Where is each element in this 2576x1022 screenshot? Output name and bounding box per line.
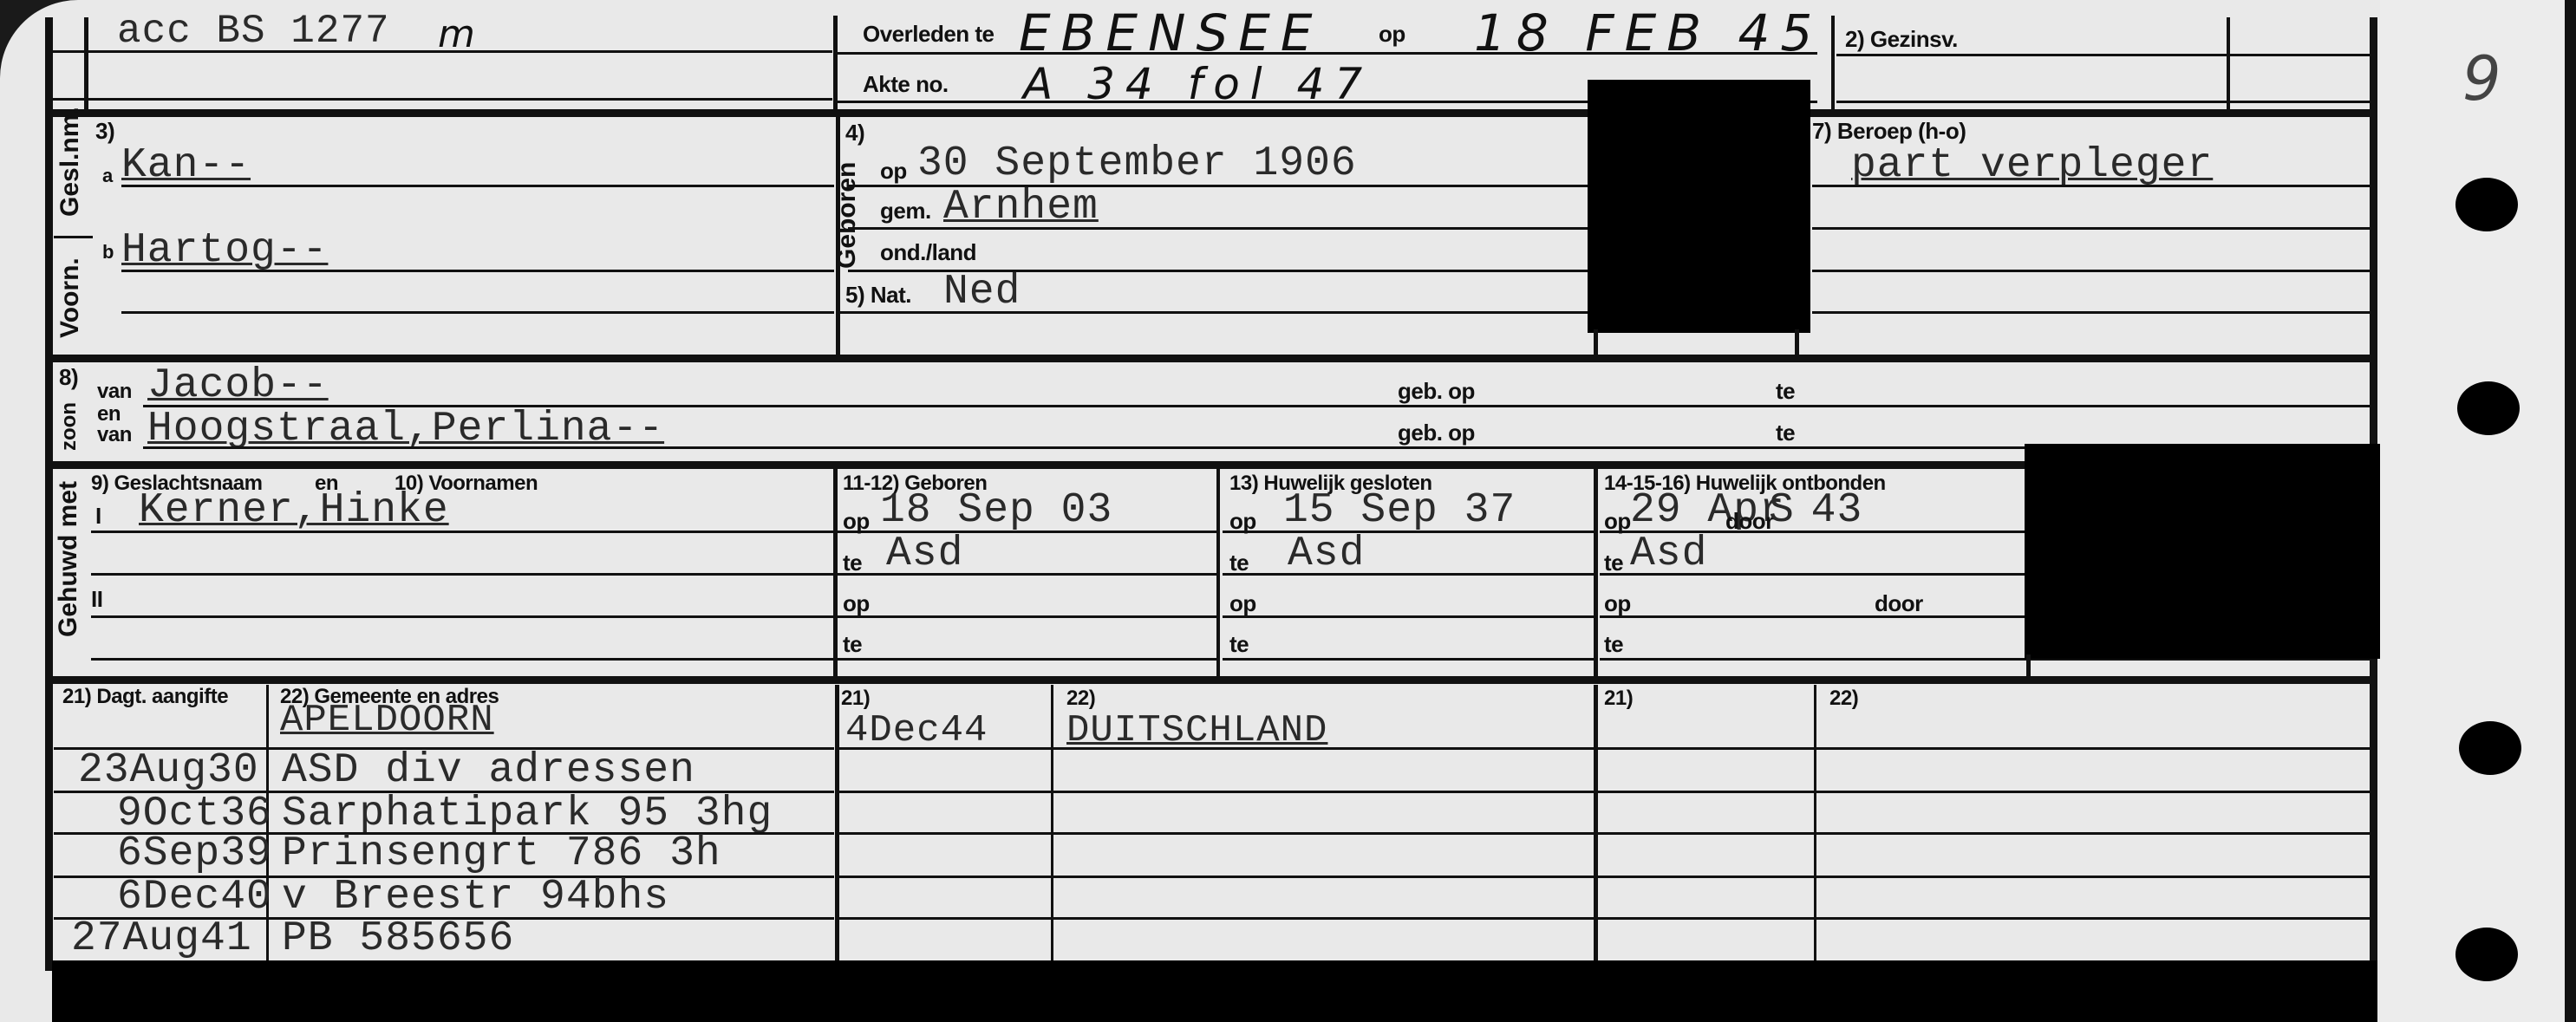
punch-hole-1 [2455, 178, 2518, 231]
occupation-rule-4 [1812, 311, 2370, 314]
father-place-label: te [1776, 378, 1795, 405]
family-rule-2 [1836, 101, 2370, 103]
birth-date-label: op [880, 158, 907, 185]
address-header-3: 22) [1829, 687, 1858, 711]
father-name: Jacob-- [147, 362, 329, 409]
redaction-photo [1588, 80, 1810, 333]
spouse-1-rule-2 [91, 573, 835, 576]
spouse-1-name: Kerner,Hinke [139, 487, 449, 534]
card-number: 9 [2462, 43, 2512, 114]
header-rule-1 [52, 50, 832, 53]
punch-hole-3 [2459, 721, 2521, 775]
married-op-label-2: op [1229, 590, 1256, 617]
section-rule-4 [52, 676, 2376, 684]
dissolved-rule-2 [1600, 573, 2025, 576]
spouse-1-born-date: 18 Sep 03 [880, 487, 1112, 534]
address-date-header: 21) Dagt. aangifte [62, 685, 228, 709]
death-place-label: Overleden te [863, 21, 995, 48]
address-row-4-address: v Breestr 94bhs [282, 874, 669, 921]
reference-number: acc BS 1277 [117, 9, 390, 54]
spouse-1-born-place: Asd [886, 531, 963, 577]
address-date-header-3: 21) [1604, 687, 1633, 711]
parents-section-number: 8) [59, 364, 78, 391]
mother-label: van [97, 423, 132, 447]
address-col2-place: DUITSCHLAND [1066, 709, 1327, 752]
married-rule-1 [1223, 531, 1594, 533]
address-row-5-date: 27Aug41 [71, 915, 252, 962]
birth-side-label: Geboren [832, 162, 862, 269]
dissolved-place: Asd [1630, 531, 1707, 577]
birth-section-number: 4) [845, 120, 864, 146]
dissolved-te-label-2: te [1604, 631, 1623, 658]
address-municipality: APELDOORN [280, 699, 494, 742]
birth-municipality-rule [848, 227, 1589, 230]
occupation-rule-2 [1812, 227, 2370, 230]
occupation-label: 7) Beroep (h-o) [1812, 118, 1966, 145]
header-divider [833, 16, 838, 113]
given-marker: b [102, 241, 114, 264]
spouse-1-marker: I [95, 503, 101, 530]
address-col2-rule-3 [838, 876, 2372, 878]
given-rule-2 [121, 311, 834, 314]
married-rule-2 [1223, 573, 1594, 576]
spouse-2-marker: II [91, 586, 102, 613]
address-col-4-divider [1594, 685, 1598, 962]
header-rule-2 [52, 98, 832, 101]
dissolved-op-label-2: op [1604, 590, 1631, 617]
address-row-3-address: Prinsengrt 786 3h [282, 830, 721, 877]
address-col2-rule-2 [838, 832, 2372, 835]
dissolved-by: S [1769, 487, 1795, 534]
birth-country-label: ond./land [880, 239, 976, 266]
nationality-rule [838, 311, 1592, 314]
occupation-rule-1 [1812, 185, 2370, 187]
address-col2-rule-0 [838, 747, 2372, 750]
address-col2-rule-4 [838, 917, 2372, 920]
death-date-label: op [1379, 21, 1405, 48]
occupation-rule-3 [1812, 270, 2370, 272]
birth-date: 30 September 1906 [917, 140, 1357, 187]
mother-place-label: te [1776, 420, 1795, 446]
family-divider-2 [2227, 17, 2230, 111]
spouse-2-rule [91, 615, 835, 618]
margin-strip [2380, 0, 2576, 1022]
address-col2-rule-1 [838, 791, 2372, 793]
side-label-split [54, 236, 93, 238]
surname: Kan-- [121, 142, 251, 189]
section-rule-1 [52, 109, 2376, 117]
family-rule-1 [1836, 54, 2370, 56]
address-row-3-date: 6Sep39 [117, 830, 272, 877]
spouse-2-rule-2 [91, 658, 835, 661]
family-label: 2) Gezinsv. [1845, 26, 1958, 53]
address-col-2-divider [835, 685, 839, 962]
given-names: Hartog-- [121, 227, 328, 274]
dissolved-door-label-2: door [1875, 590, 1923, 617]
address-col-3-divider [1051, 685, 1053, 962]
right-edge-shadow [2565, 0, 2576, 1022]
spouse-1-rule [91, 531, 835, 533]
birth-municipality: Arnhem [943, 184, 1099, 231]
father-rule [143, 405, 2370, 407]
registration-card: acc BS 1277 m Overleden te EBENSEE op 18… [0, 0, 2576, 1022]
birth-municipality-label: gem. [880, 198, 931, 225]
father-birth-label: geb. op [1398, 378, 1475, 405]
married-place: Asd [1288, 531, 1365, 577]
dissolved-rule-3 [1600, 615, 2025, 618]
nationality: Ned [943, 269, 1021, 316]
married-col-divider [1216, 468, 1220, 680]
given-side-label: Voorn. [55, 257, 85, 338]
surname-marker: a [102, 165, 113, 187]
born-rule-3 [838, 615, 1219, 618]
surname-side-label: Gesl.nm. [55, 107, 85, 217]
deed-label: Akte no. [863, 71, 949, 98]
person-section-number: 3) [95, 118, 114, 145]
card-left-border [45, 17, 53, 971]
address-row-5-address: PB 585656 [282, 915, 514, 962]
born-rule-2 [838, 573, 1219, 576]
mother-name: Hoogstraal,Perlina-- [147, 406, 664, 452]
dissolved-col-divider [1594, 468, 1598, 680]
address-col-5-divider [1814, 685, 1816, 962]
parents-side-label: zoon [57, 402, 82, 451]
nationality-label: 5) Nat. [845, 282, 911, 309]
surname-rule [121, 185, 834, 187]
death-rule [838, 52, 1817, 55]
punch-hole-2 [2457, 381, 2520, 435]
father-label: van [97, 380, 132, 404]
married-rule-3 [1223, 615, 1594, 618]
family-divider [1831, 16, 1835, 113]
redaction-marriage [2025, 444, 2384, 659]
redaction-bottom [52, 960, 2377, 1022]
married-te-label-2: te [1229, 631, 1249, 658]
address-header-2: 22) [1066, 687, 1095, 711]
born-te-label-2: te [843, 631, 862, 658]
address-date-header-2: 21) [841, 687, 870, 711]
mother-birth-label: geb. op [1398, 420, 1475, 446]
address-row-1-address: ASD div adressen [282, 747, 695, 794]
married-rule-4 [1223, 658, 1594, 661]
address-row-4-date: 6Dec40 [117, 874, 272, 921]
occupation-value: part verpleger [1851, 142, 2213, 189]
address-row-1-date: 23Aug30 [78, 747, 259, 794]
given-rule [121, 270, 834, 272]
address-col2-date: 4Dec44 [845, 709, 988, 752]
born-op-label-2: op [843, 590, 870, 617]
born-rule-4 [838, 658, 1219, 661]
punch-hole-4 [2455, 928, 2518, 981]
section-rule-2 [52, 355, 2376, 362]
marriage-side-label: Gehuwd met [54, 481, 83, 637]
married-date: 15 Sep 37 [1283, 487, 1516, 534]
